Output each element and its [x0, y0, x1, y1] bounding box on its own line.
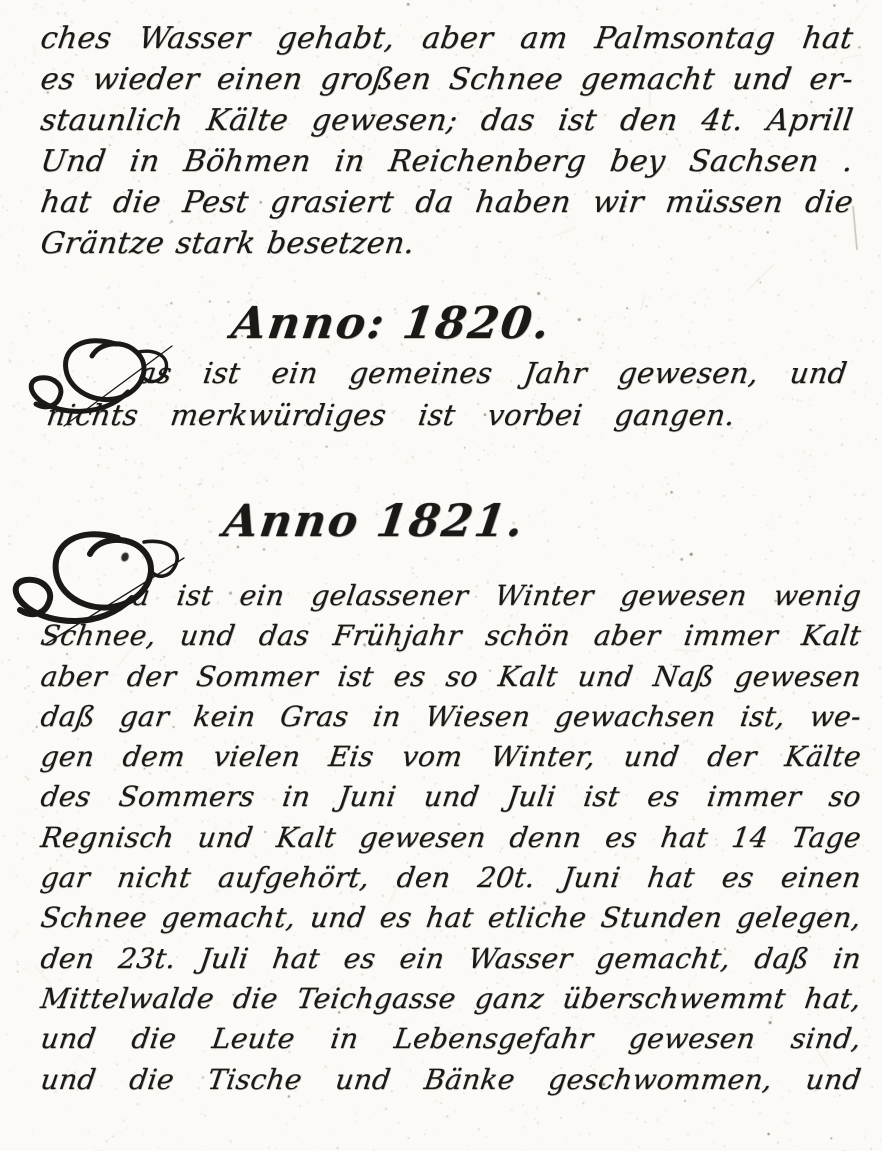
manuscript-line: es wieder einen großen Schnee gemacht un… [38, 59, 856, 100]
manuscript-line: Mittelwalde die Teichgasse ganz überschw… [38, 979, 864, 1019]
manuscript-line: Und in Böhmen in Reichenberg bey Sachsen… [38, 141, 856, 182]
paragraph-anno-1820: D as ist ein gemeines Jahr gewesen, und … [44, 352, 844, 436]
manuscript-line: hat die Pest grasiert da haben wir müsse… [38, 182, 856, 223]
manuscript-line: Schnee, und das Frühjahr schön aber imme… [38, 616, 864, 656]
manuscript-line: gar nicht aufgehört, den 20t. Juni hat e… [38, 858, 864, 898]
manuscript-page: ches Wasser gehabt, aber am Palmsontag h… [0, 0, 882, 1151]
manuscript-line: Regnisch und Kalt gewesen denn es hat 14… [38, 818, 864, 858]
manuscript-line: den 23t. Juli hat es ein Wasser gemacht,… [38, 939, 864, 979]
heading-anno-1821: Anno 1821. [220, 496, 528, 547]
manuscript-line: gen dem vielen Eis vom Winter, und der K… [38, 737, 864, 777]
manuscript-line: und die Leute in Lebensgefahr gewesen si… [38, 1019, 864, 1059]
manuscript-line: a ist ein gelassener Winter gewesen weni… [38, 576, 864, 616]
manuscript-line: und die Tische und Bänke geschwommen, un… [38, 1060, 864, 1100]
manuscript-line: des Sommers in Juni und Juli ist es imme… [38, 777, 864, 817]
manuscript-line: as ist ein gemeines Jahr gewesen, und [44, 352, 850, 394]
paragraph-continuation: ches Wasser gehabt, aber am Palmsontag h… [38, 18, 850, 264]
paragraph-anno-1821: D a ist ein gelassener Winter gewesen we… [38, 576, 858, 1100]
manuscript-line: staunlich Kälte gewesen; das ist den 4t.… [38, 100, 856, 141]
manuscript-line: nichts merkwürdiges ist vorbei gangen. [44, 394, 738, 436]
manuscript-line: aber der Sommer ist es so Kalt und Naß g… [38, 657, 864, 697]
heading-anno-1820: Anno: 1820. [228, 298, 554, 349]
manuscript-line: Schnee gemacht, und es hat etliche Stund… [38, 898, 864, 938]
manuscript-line: Gräntze stark besetzen. [38, 223, 856, 264]
manuscript-line: ches Wasser gehabt, aber am Palmsontag h… [38, 18, 856, 59]
manuscript-line: daß gar kein Gras in Wiesen gewachsen is… [38, 697, 864, 737]
